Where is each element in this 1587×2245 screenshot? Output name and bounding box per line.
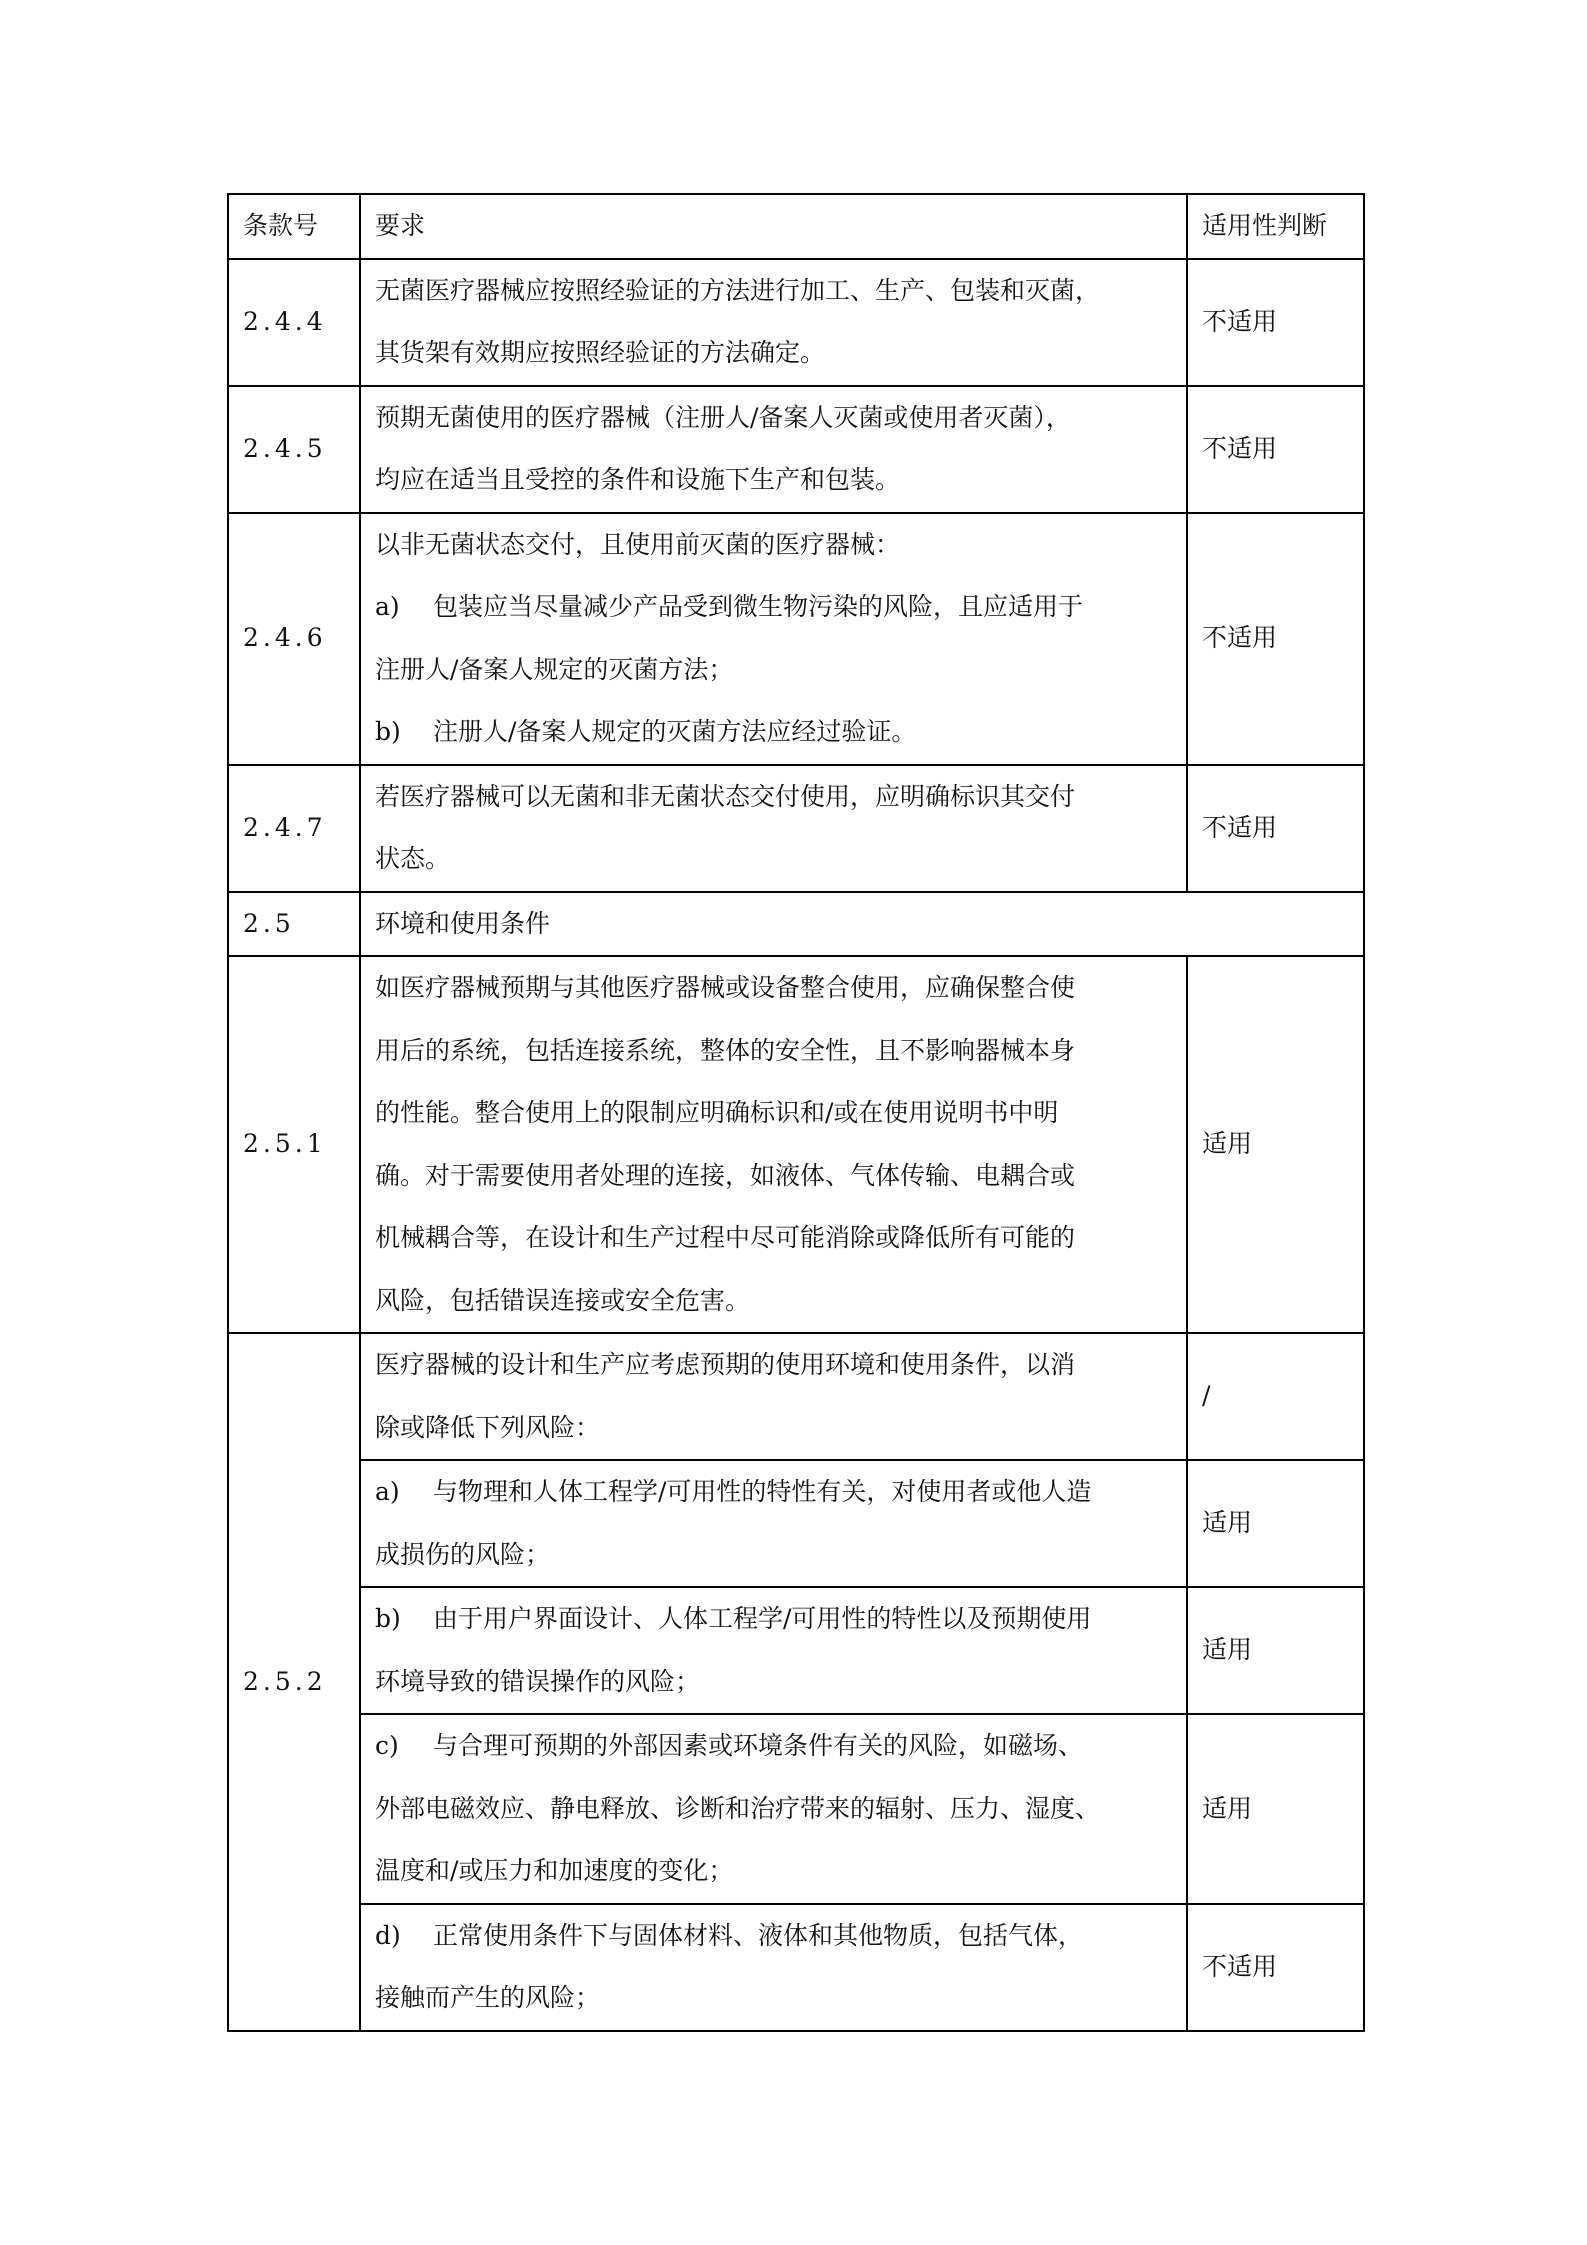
item-text: 正常使用条件下与固体材料、液体和其他物质，包括气体， (433, 1921, 1083, 1950)
header-applicability: 适用性判断 (1187, 194, 1364, 259)
item-text: 与物理和人体工程学/可用性的特性有关，对使用者或他人造 (433, 1477, 1091, 1506)
requirement-line: 如医疗器械预期与其他医疗器械或设备整合使用，应确保整合使 (375, 957, 1174, 1020)
clause-number: 2.5.1 (228, 956, 360, 1333)
clause-number: 2.5 (228, 892, 360, 957)
requirement-line: 用后的系统，包括连接系统，整体的安全性，且不影响器械本身 (375, 1020, 1174, 1083)
requirement-text: d)正常使用条件下与固体材料、液体和其他物质，包括气体， 接触而产生的风险； (360, 1904, 1187, 2031)
table-row: 2.5.1 如医疗器械预期与其他医疗器械或设备整合使用，应确保整合使 用后的系统… (228, 956, 1364, 1333)
requirement-text: c)与合理可预期的外部因素或环境条件有关的风险，如磁场、 外部电磁效应、静电释放… (360, 1714, 1187, 1904)
sub-row: a)与物理和人体工程学/可用性的特性有关，对使用者或他人造 成损伤的风险； 适用 (228, 1460, 1364, 1587)
requirement-line: 环境导致的错误操作的风险； (375, 1651, 1174, 1714)
requirement-line: 机械耦合等，在设计和生产过程中尽可能消除或降低所有可能的 (375, 1207, 1174, 1270)
requirement-line: 确。对于需要使用者处理的连接，如液体、气体传输、电耦合或 (375, 1145, 1174, 1208)
requirement-line: 成损伤的风险； (375, 1524, 1174, 1587)
item-text: 包装应当尽量减少产品受到微生物污染的风险，且应适用于 (433, 592, 1083, 621)
list-item-a: a)包装应当尽量减少产品受到微生物污染的风险，且应适用于 (375, 576, 1174, 639)
requirement-line: 预期无菌使用的医疗器械（注册人/备案人灭菌或使用者灭菌）， (375, 387, 1174, 450)
requirement-line: 外部电磁效应、静电释放、诊断和治疗带来的辐射、压力、湿度、 (375, 1778, 1174, 1841)
list-item-b: b)由于用户界面设计、人体工程学/可用性的特性以及预期使用 (375, 1588, 1174, 1651)
table-row: 2.5.2 医疗器械的设计和生产应考虑预期的使用环境和使用条件，以消 除或降低下… (228, 1333, 1364, 1460)
applicability-value: 不适用 (1187, 259, 1364, 386)
sub-row: d)正常使用条件下与固体材料、液体和其他物质，包括气体， 接触而产生的风险； 不… (228, 1904, 1364, 2031)
requirement-text: b)由于用户界面设计、人体工程学/可用性的特性以及预期使用 环境导致的错误操作的… (360, 1587, 1187, 1714)
requirement-line: 接触而产生的风险； (375, 1967, 1174, 2030)
applicability-value: 不适用 (1187, 765, 1364, 892)
applicability-value: / (1187, 1333, 1364, 1460)
requirement-line: 医疗器械的设计和生产应考虑预期的使用环境和使用条件，以消 (375, 1334, 1174, 1397)
clause-number: 2.4.5 (228, 386, 360, 513)
table-row: 2.4.5 预期无菌使用的医疗器械（注册人/备案人灭菌或使用者灭菌）， 均应在适… (228, 386, 1364, 513)
header-clause: 条款号 (228, 194, 360, 259)
requirement-line: 其货架有效期应按照经验证的方法确定。 (375, 322, 1174, 385)
applicability-value: 不适用 (1187, 1904, 1364, 2031)
list-item-a: a)与物理和人体工程学/可用性的特性有关，对使用者或他人造 (375, 1461, 1174, 1524)
applicability-value: 适用 (1187, 956, 1364, 1333)
clause-number: 2.4.7 (228, 765, 360, 892)
requirement-text: 预期无菌使用的医疗器械（注册人/备案人灭菌或使用者灭菌）， 均应在适当且受控的条… (360, 386, 1187, 513)
item-marker: c) (375, 1715, 433, 1778)
item-marker: a) (375, 1461, 433, 1524)
table-row: 2.4.7 若医疗器械可以无菌和非无菌状态交付使用，应明确标识其交付 状态。 不… (228, 765, 1364, 892)
requirement-text: 医疗器械的设计和生产应考虑预期的使用环境和使用条件，以消 除或降低下列风险： (360, 1333, 1187, 1460)
requirement-line: 状态。 (375, 828, 1174, 891)
requirement-line: 以非无菌状态交付，且使用前灭菌的医疗器械： (375, 514, 1174, 577)
table-row: 2.4.4 无菌医疗器械应按照经验证的方法进行加工、生产、包装和灭菌， 其货架有… (228, 259, 1364, 386)
item-marker: b) (375, 701, 433, 764)
requirement-line: 若医疗器械可以无菌和非无菌状态交付使用，应明确标识其交付 (375, 766, 1174, 829)
requirement-line: 无菌医疗器械应按照经验证的方法进行加工、生产、包装和灭菌， (375, 260, 1174, 323)
clause-number: 2.4.6 (228, 513, 360, 765)
requirement-line: 的性能。整合使用上的限制应明确标识和/或在使用说明书中明 (375, 1082, 1174, 1145)
item-text: 注册人/备案人规定的灭菌方法应经过验证。 (433, 717, 916, 746)
requirement-line: 风险，包括错误连接或安全危害。 (375, 1270, 1174, 1333)
table-header-row: 条款号 要求 适用性判断 (228, 194, 1364, 259)
item-marker: a) (375, 576, 433, 639)
requirement-line: 均应在适当且受控的条件和设施下生产和包装。 (375, 449, 1174, 512)
section-row: 2.5 环境和使用条件 (228, 892, 1364, 957)
requirement-text: a)与物理和人体工程学/可用性的特性有关，对使用者或他人造 成损伤的风险； (360, 1460, 1187, 1587)
requirement-line: 注册人/备案人规定的灭菌方法； (375, 639, 1174, 702)
table-row: 2.4.6 以非无菌状态交付，且使用前灭菌的医疗器械： a)包装应当尽量减少产品… (228, 513, 1364, 765)
requirement-text: 如医疗器械预期与其他医疗器械或设备整合使用，应确保整合使 用后的系统，包括连接系… (360, 956, 1187, 1333)
clause-number: 2.5.2 (228, 1333, 360, 2031)
requirement-line: 温度和/或压力和加速度的变化； (375, 1840, 1174, 1903)
applicability-value: 适用 (1187, 1587, 1364, 1714)
list-item-c: c)与合理可预期的外部因素或环境条件有关的风险，如磁场、 (375, 1715, 1174, 1778)
item-text: 与合理可预期的外部因素或环境条件有关的风险，如磁场、 (433, 1731, 1083, 1760)
section-title: 环境和使用条件 (360, 892, 1364, 957)
applicability-value: 适用 (1187, 1460, 1364, 1587)
header-requirement: 要求 (360, 194, 1187, 259)
sub-row: b)由于用户界面设计、人体工程学/可用性的特性以及预期使用 环境导致的错误操作的… (228, 1587, 1364, 1714)
applicability-value: 适用 (1187, 1714, 1364, 1904)
item-text: 由于用户界面设计、人体工程学/可用性的特性以及预期使用 (433, 1604, 1091, 1633)
requirement-text: 以非无菌状态交付，且使用前灭菌的医疗器械： a)包装应当尽量减少产品受到微生物污… (360, 513, 1187, 765)
list-item-d: d)正常使用条件下与固体材料、液体和其他物质，包括气体， (375, 1905, 1174, 1968)
applicability-value: 不适用 (1187, 386, 1364, 513)
requirements-table: 条款号 要求 适用性判断 2.4.4 无菌医疗器械应按照经验证的方法进行加工、生… (227, 193, 1365, 2032)
list-item-b: b)注册人/备案人规定的灭菌方法应经过验证。 (375, 701, 1174, 764)
sub-row: c)与合理可预期的外部因素或环境条件有关的风险，如磁场、 外部电磁效应、静电释放… (228, 1714, 1364, 1904)
applicability-value: 不适用 (1187, 513, 1364, 765)
clause-number: 2.4.4 (228, 259, 360, 386)
requirement-line: 除或降低下列风险： (375, 1397, 1174, 1460)
requirement-text: 无菌医疗器械应按照经验证的方法进行加工、生产、包装和灭菌， 其货架有效期应按照经… (360, 259, 1187, 386)
item-marker: d) (375, 1905, 433, 1968)
requirement-text: 若医疗器械可以无菌和非无菌状态交付使用，应明确标识其交付 状态。 (360, 765, 1187, 892)
item-marker: b) (375, 1588, 433, 1651)
